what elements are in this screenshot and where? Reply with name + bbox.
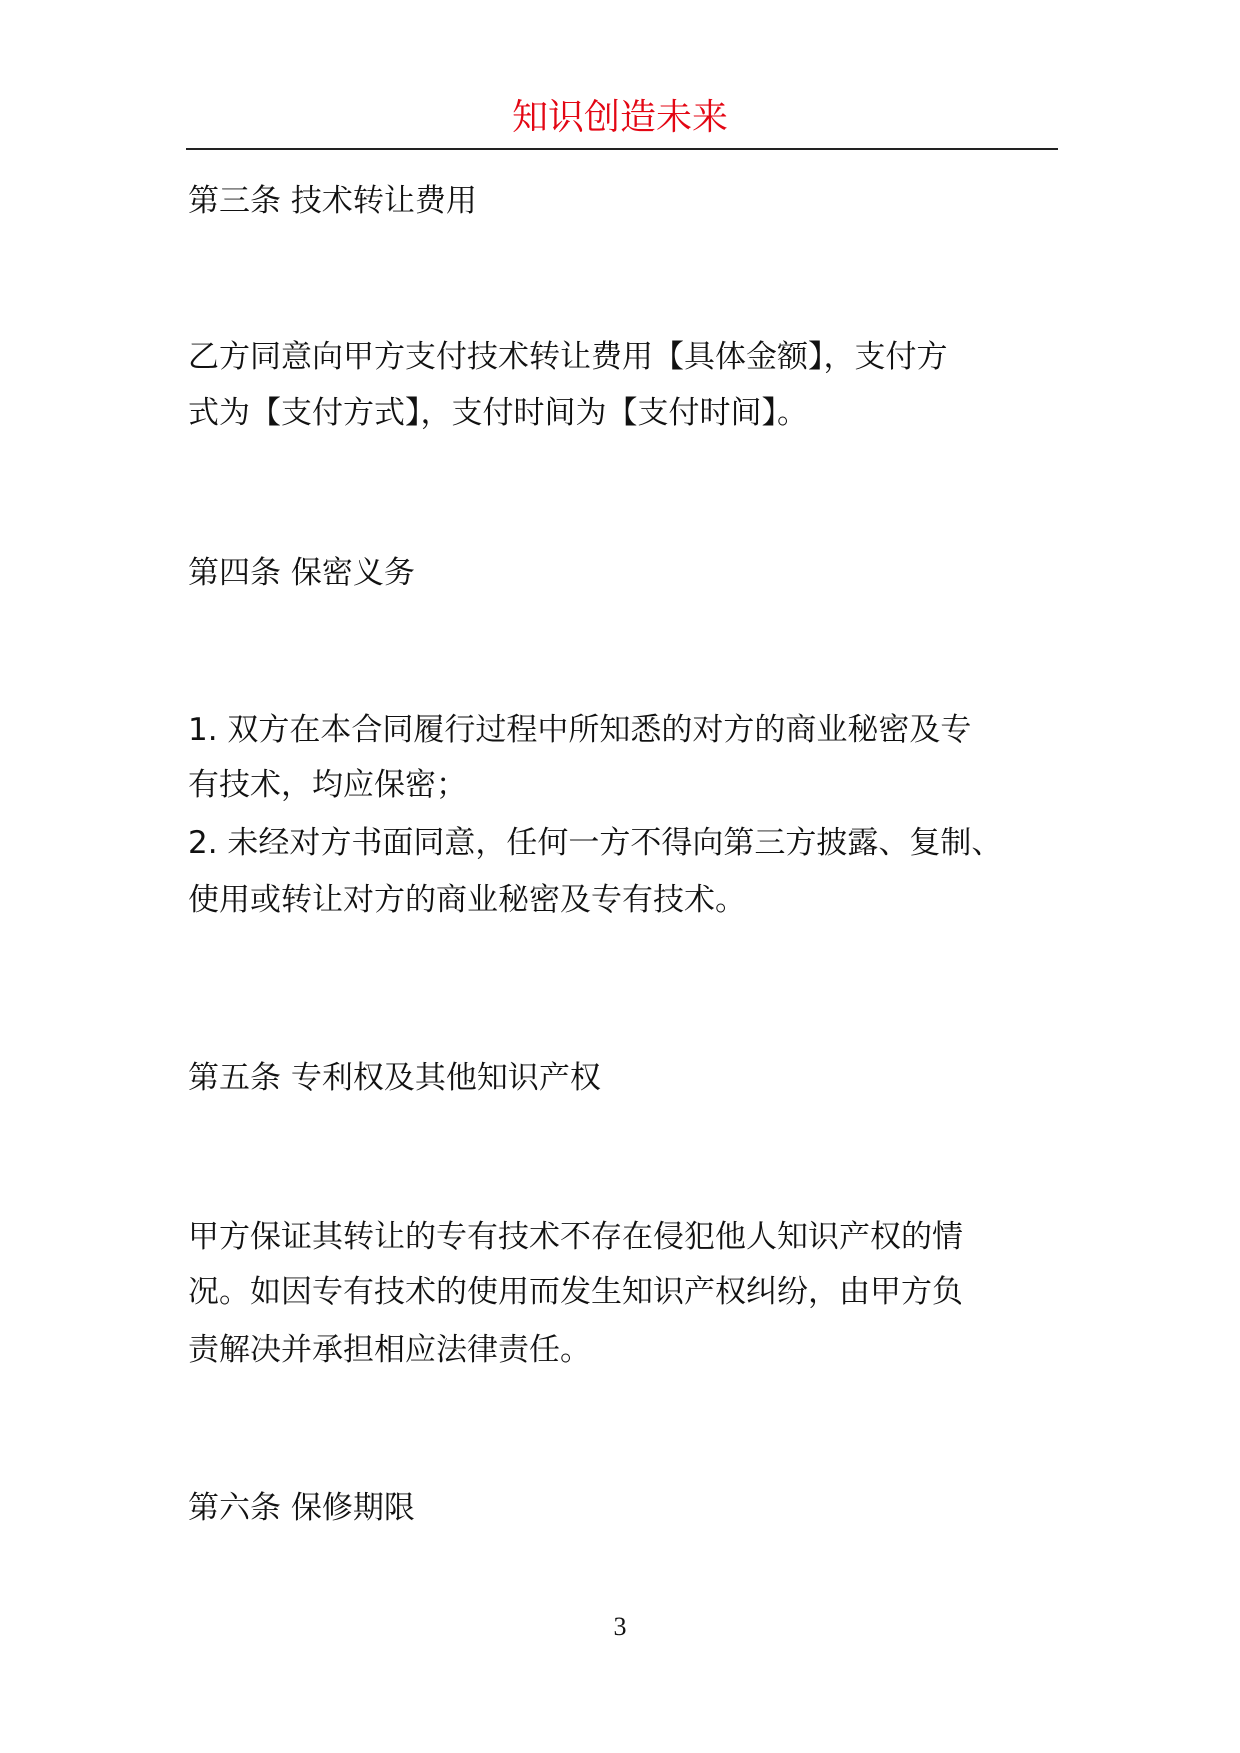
section-heading-6: 第六条 保修期限 bbox=[188, 1488, 415, 1528]
list-item-1-line: 1. 双方在本合同履行过程中所知悉的对方的商业秘密及专 bbox=[188, 710, 971, 750]
list-item-1-line: 有技术，均应保密； bbox=[188, 765, 467, 805]
header-title: 知识创造未来 bbox=[0, 97, 1240, 139]
section-heading-3: 第三条 技术转让费用 bbox=[188, 181, 477, 221]
list-item-2-line: 2. 未经对方书面同意，任何一方不得向第三方披露、复制、 bbox=[188, 823, 1002, 863]
list-item-2-line: 使用或转让对方的商业秘密及专有技术。 bbox=[188, 880, 746, 920]
document-page: 知识创造未来 第三条 技术转让费用 乙方同意向甲方支付技术转让费用【具体金额】，… bbox=[0, 0, 1240, 1753]
paragraph-line: 乙方同意向甲方支付技术转让费用【具体金额】，支付方 bbox=[188, 337, 948, 377]
section-heading-4: 第四条 保密义务 bbox=[188, 553, 415, 593]
header-divider bbox=[186, 148, 1058, 150]
page-number: 3 bbox=[0, 1611, 1240, 1643]
section-heading-5: 第五条 专利权及其他知识产权 bbox=[188, 1058, 601, 1098]
paragraph-line: 况。如因专有技术的使用而发生知识产权纠纷，由甲方负 bbox=[188, 1272, 963, 1312]
paragraph-line: 甲方保证其转让的专有技术不存在侵犯他人知识产权的情 bbox=[188, 1217, 963, 1257]
paragraph-line: 式为【支付方式】，支付时间为【支付时间】。 bbox=[188, 393, 808, 433]
paragraph-line: 责解决并承担相应法律责任。 bbox=[188, 1330, 591, 1370]
